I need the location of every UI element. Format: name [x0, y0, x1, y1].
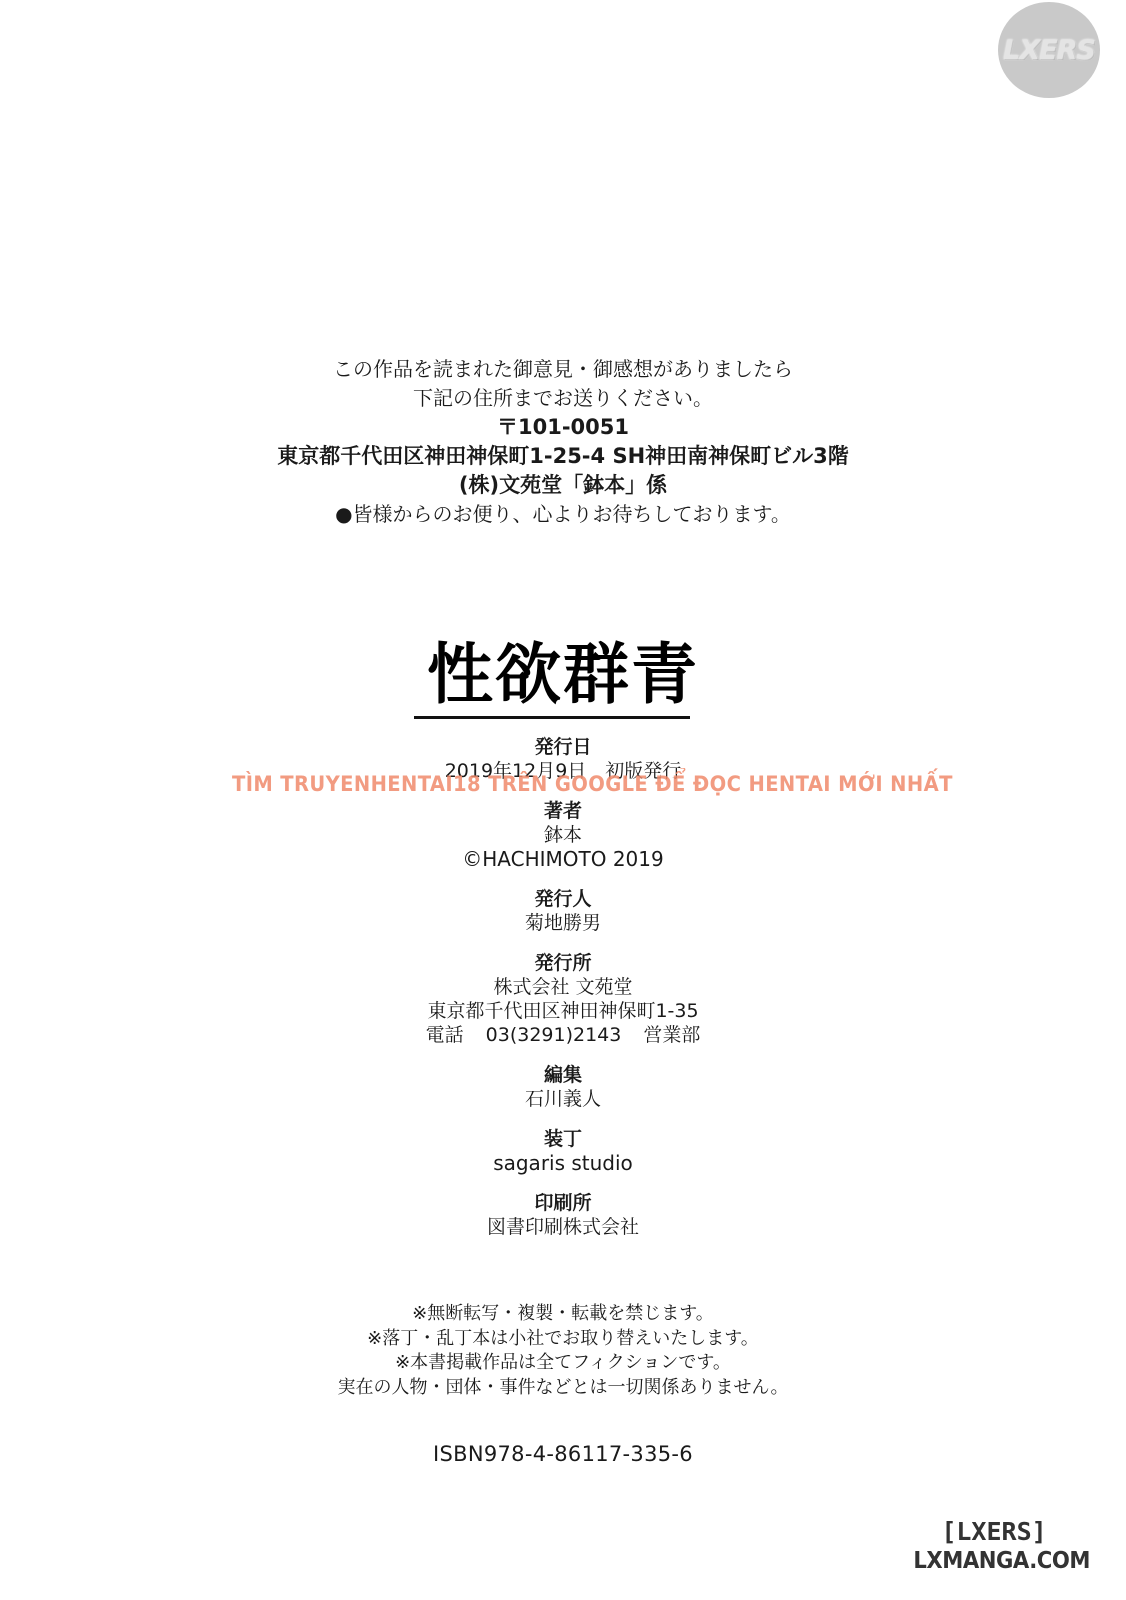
- title-underline: [414, 716, 690, 719]
- message-line-1: この作品を読まれた御意見・御感想がありましたら: [0, 355, 1126, 384]
- author-name: 鉢本: [0, 823, 1126, 847]
- publisher-person-value: 菊地勝男: [0, 911, 1126, 935]
- printer-section: 印刷所 図書印刷株式会社: [0, 1191, 1126, 1239]
- postal-code: 〒101-0051: [0, 413, 1126, 442]
- publisher-company-phone-line: 電話03(3291)2143営業部: [0, 1023, 1126, 1047]
- publish-date-value: 2019年12月9日 初版発行: [0, 759, 1126, 783]
- colophon-page: LXERS この作品を読まれた御意見・御感想がありましたら 下記の住所までお送り…: [0, 0, 1126, 1600]
- reader-message: この作品を読まれた御意見・御感想がありましたら 下記の住所までお送りください。 …: [0, 355, 1126, 529]
- lxmanga-logo: [LXERS] LXMANGA.COM: [898, 1518, 1090, 1576]
- title-block: 性欲群青: [0, 636, 1126, 712]
- printer-label: 印刷所: [0, 1191, 1126, 1215]
- isbn: ISBN978-4-86117-335-6: [0, 1440, 1126, 1468]
- notice-line-2: ※落丁・乱丁本は小社でお取り替えいたします。: [0, 1327, 1126, 1352]
- message-line-2: 下記の住所までお送りください。: [0, 384, 1126, 413]
- design-label: 装丁: [0, 1127, 1126, 1151]
- editor-section: 編集 石川義人: [0, 1063, 1126, 1111]
- author-section: 著者 鉢本 ©HACHIMOTO 2019: [0, 799, 1126, 871]
- design-section: 装丁 sagaris studio: [0, 1127, 1126, 1175]
- book-title: 性欲群青: [427, 636, 699, 712]
- publish-date-section: 発行日 2019年12月9日 初版発行: [0, 735, 1126, 783]
- publisher-company-name: 株式会社 文苑堂: [0, 975, 1126, 999]
- lxmanga-domain: LXMANGA.COM: [913, 1546, 1090, 1576]
- mailing-address: 東京都千代田区神田神保町1-25-4 SH神田南神保町ビル3階: [0, 442, 1126, 471]
- publisher-person-label: 発行人: [0, 887, 1126, 911]
- publisher-company-section: 発行所 株式会社 文苑堂 東京都千代田区神田神保町1-35 電話03(3291)…: [0, 951, 1126, 1047]
- legal-notices: ※無断転写・複製・転載を禁じます。 ※落丁・乱丁本は小社でお取り替えいたします。…: [0, 1302, 1126, 1400]
- phone-department: 営業部: [643, 1024, 700, 1046]
- notice-line-3: ※本書掲載作品は全てフィクションです。: [0, 1351, 1126, 1376]
- author-copyright: ©HACHIMOTO 2019: [0, 847, 1126, 871]
- lxers-logo-badge: LXERS: [998, 2, 1100, 98]
- message-closing: ●皆様からのお便り、心よりお待ちしております。: [0, 500, 1126, 529]
- phone-number: 03(3291)2143: [486, 1024, 622, 1046]
- publisher-company-address: 東京都千代田区神田神保町1-35: [0, 999, 1126, 1023]
- editor-label: 編集: [0, 1063, 1126, 1087]
- publish-date-label: 発行日: [0, 735, 1126, 759]
- mailing-recipient: (株)文苑堂「鉢本」係: [0, 471, 1126, 500]
- lxers-bracket-logo: [LXERS]: [898, 1518, 1090, 1546]
- design-value: sagaris studio: [0, 1151, 1126, 1175]
- publisher-person-section: 発行人 菊地勝男: [0, 887, 1126, 935]
- editor-value: 石川義人: [0, 1087, 1126, 1111]
- colophon-credits: 発行日 2019年12月9日 初版発行 著者 鉢本 ©HACHIMOTO 201…: [0, 735, 1126, 1255]
- phone-label: 電話: [426, 1024, 464, 1046]
- author-label: 著者: [0, 799, 1126, 823]
- printer-value: 図書印刷株式会社: [0, 1215, 1126, 1239]
- notice-line-4: 実在の人物・団体・事件などとは一切関係ありません。: [0, 1376, 1126, 1401]
- notice-line-1: ※無断転写・複製・転載を禁じます。: [0, 1302, 1126, 1327]
- lxers-logo-text: LXERS: [1003, 35, 1095, 66]
- publisher-company-label: 発行所: [0, 951, 1126, 975]
